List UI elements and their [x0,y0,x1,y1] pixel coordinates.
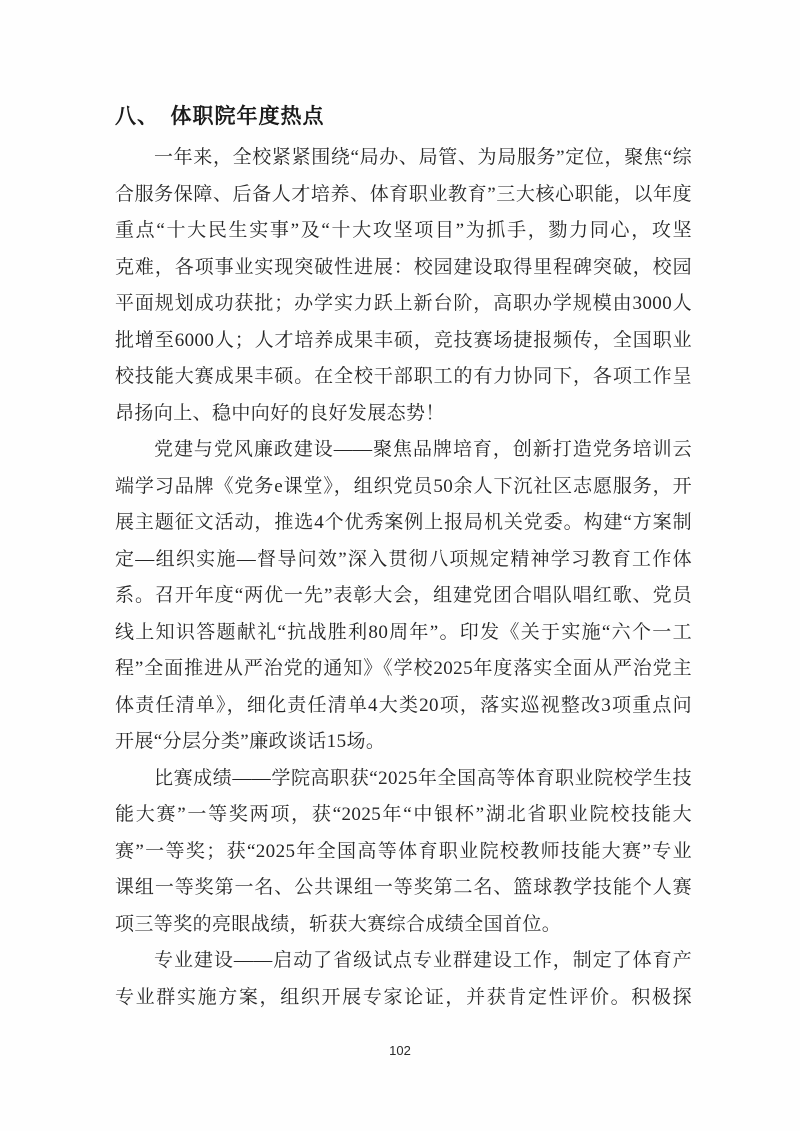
text-line: 系。召开年度“两优一先”表彰大会，组建党团合唱队唱红歌、党员 [115,578,692,615]
text-line: 能大赛”一等奖两项，获“2025年“中银杯”湖北省职业院校技能大 [115,797,692,834]
text-line: 平面规划成功获批；办学实力跃上新台阶，高职办学规模由3000人获 [115,286,692,323]
paragraph-lead: 党建与党风廉政建设—— [154,439,373,460]
text-line: 一年来，全校紧紧围绕“局办、局管、为局服务”定位，聚焦“综 [115,140,692,177]
paragraph-lead: 比赛成绩—— [154,768,271,789]
text-line: 专业群实施方案，组织开展专家论证，并获肯定性评价。积极探索“岗 [115,980,692,1017]
text-line: 昂扬向上、稳中向好的良好发展态势！ [115,396,692,433]
section-heading: 八、 体职院年度热点 [115,103,692,131]
text-line: 党建与党风廉政建设——聚焦品牌培育，创新打造党务培训云课 [115,432,692,469]
text-line: 开展“分层分类”廉政谈话15场。 [115,724,692,761]
text-line: 重点“十大民生实事”及“十大攻坚项目”为抓手，勠力同心，攻坚 [115,213,692,250]
text-line: 课组一等奖第一名、公共课组一等奖第二名、篮球教学技能个人赛两 [115,870,692,907]
text-line: 校技能大赛成果丰硕。在全校干部职工的有力协同下，各项工作呈现 [115,359,692,396]
paragraph-first-text: 一年来，全校紧紧围绕“局办、局管、为局服务”定位，聚焦“综 [154,147,692,168]
document-page: 八、 体职院年度热点 一年来，全校紧紧围绕“局办、局管、为局服务”定位，聚焦“综… [0,0,800,1131]
paragraph-first-text: 学院高职获“2025年全国高等体育职业院校学生技 [271,768,692,789]
text-line: 批增至6000人；人才培养成果丰硕，竞技赛场捷报频传，全国职业院 [115,323,692,360]
paragraph-lead: 专业建设—— [154,950,273,971]
text-line: 线上知识答题献礼“抗战胜利80周年”。印发《关于实施“六个一工 [115,615,692,652]
text-line: 展主题征文活动，推选4个优秀案例上报局机关党委。构建“方案制 [115,505,692,542]
text-line: 端学习品牌《党务e课堂》，组织党员50余人下沉社区志愿服务，开 [115,469,692,506]
text-line: 赛”一等奖；获“2025年全国高等体育职业院校教师技能大赛”专业 [115,834,692,871]
paragraph-overview: 一年来，全校紧紧围绕“局办、局管、为局服务”定位，聚焦“综 合服务保障、后备人才… [115,140,692,432]
page-number: 102 [0,1043,800,1058]
text-line: 比赛成绩——学院高职获“2025年全国高等体育职业院校学生技 [115,761,692,798]
document-content: 八、 体职院年度热点 一年来，全校紧紧围绕“局办、局管、为局服务”定位，聚焦“综… [115,103,692,1016]
paragraph-major-construction: 专业建设——启动了省级试点专业群建设工作，制定了体育产业 专业群实施方案，组织开… [115,943,692,1016]
paragraph-party-building: 党建与党风廉政建设——聚焦品牌培育，创新打造党务培训云课 端学习品牌《党务e课堂… [115,432,692,761]
text-line: 合服务保障、后备人才培养、体育职业教育”三大核心职能，以年度 [115,177,692,214]
paragraph-competition-results: 比赛成绩——学院高职获“2025年全国高等体育职业院校学生技 能大赛”一等奖两项… [115,761,692,944]
text-line: 程”全面推进从严治党的通知》《学校2025年度落实全面从严治党主 [115,651,692,688]
text-line: 定—组织实施—督导问效”深入贯彻八项规定精神学习教育工作体 [115,542,692,579]
text-line: 专业建设——启动了省级试点专业群建设工作，制定了体育产业 [115,943,692,980]
text-line: 体责任清单》，细化责任清单4大类20项，落实巡视整改3项重点问题， [115,688,692,725]
text-line: 克难，各项事业实现突破性进展：校园建设取得里程碑突破，校园总 [115,250,692,287]
text-line: 项三等奖的亮眼战绩，斩获大赛综合成绩全国首位。 [115,907,692,944]
